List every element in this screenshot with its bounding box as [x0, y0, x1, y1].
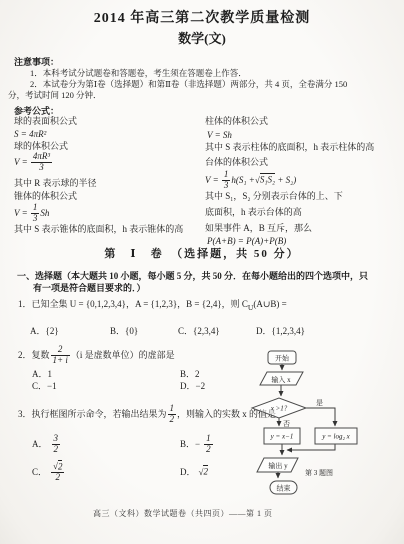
q1-option-b: B．{0} — [110, 326, 138, 337]
q2-option-b: B．2 — [180, 369, 200, 380]
q3-option-b: B．−12 — [180, 433, 214, 455]
notice-item-2-cont: 分，考试时间 120 分钟． — [8, 90, 102, 100]
question-2-stem: 2．复数21+ i（i 是虚数单位）的虚部是 — [18, 343, 175, 367]
q1-option-c: C．{2,3,4} — [178, 326, 220, 337]
sphere-radius-note: 其中 R 表示球的半径 — [14, 178, 97, 189]
fraction: 4πR³3 — [31, 152, 52, 172]
probability-formula: P(A+B) = P(A)+P(B) — [207, 236, 286, 247]
frustum-volume-label: 台体的体积公式 — [205, 157, 268, 168]
notice-heading: 注意事项： — [14, 57, 59, 68]
radical: √2 — [53, 460, 62, 472]
formula-mid: h(S₁ + — [231, 175, 254, 186]
frustum-note-1: 其中 S₁，S₂ 分别表示台体的上、下 — [205, 191, 343, 202]
fraction: 32 — [52, 434, 61, 454]
formula-lhs: V = — [14, 157, 28, 168]
assign-left-label: y = x−1 — [270, 433, 294, 441]
exam-title: 2014 年高三第二次教学质量检测 — [0, 11, 404, 28]
cylinder-volume-label: 柱体的体积公式 — [205, 116, 268, 127]
q2-option-c: C．−1 — [32, 381, 57, 392]
sphere-surface-formula: S = 4πR² — [14, 129, 46, 140]
sphere-surface-label: 球的表面积公式 — [14, 116, 77, 127]
question-3-stem: 3．执行框图所示命令，若输出结果为12，则输入的实数 x 的值是 — [18, 402, 276, 426]
formula-lhs: V = — [205, 175, 219, 186]
arrow-decision-yes — [306, 408, 335, 426]
fraction: 12 — [204, 434, 213, 454]
q2-option-a: A．1 — [32, 369, 52, 380]
exam-paper-page: 2014 年高三第二次教学质量检测 数学(文) 注意事项： 1．本科考试分试题卷… — [0, 0, 404, 544]
question-1-stem: 1．已知全集 U = {0,1,2,3,4}，A = {1,2,3}，B = {… — [18, 299, 287, 312]
fraction: 12 — [168, 404, 177, 424]
sphere-volume-formula: V = 4πR³3 — [14, 151, 53, 173]
q2-option-d: D．−2 — [180, 381, 205, 392]
formula-lhs: V = — [14, 208, 28, 219]
fraction: 13 — [31, 203, 40, 223]
fraction: 21+ i — [51, 345, 70, 365]
start-label: 开始 — [275, 354, 290, 363]
end-label: 结束 — [277, 484, 291, 493]
page-footer: 高三（文科）数学试题卷（共四页）——第 1 页 — [93, 509, 273, 519]
cone-volume-label: 锥体的体积公式 — [14, 191, 77, 202]
cylinder-note: 其中 S 表示柱体的底面积，h 表示柱体的高 — [205, 142, 374, 153]
radical: √S₁S₂ — [255, 175, 275, 186]
no-label: 否 — [283, 420, 290, 428]
arrow-merge-left — [287, 444, 335, 450]
notice-item-1: 1．本科考试分试题卷和答题卷，考生须在答题卷上作答． — [30, 68, 247, 78]
q3-option-d: D．√2 — [180, 461, 208, 483]
fraction: √22 — [51, 462, 64, 482]
decision-label: x >1? — [270, 405, 288, 413]
assign-right-label: y = log₂ x — [321, 433, 350, 441]
fraction: 13 — [222, 170, 231, 190]
exam-subtitle: 数学(文) — [0, 31, 404, 47]
mc-intro-line-1: 一、选择题（本大题共 10 小题，每小题 5 分，共 50 分．在每小题给出的四… — [17, 271, 368, 282]
section-1-heading: 第 Ⅰ 卷 （选择题，共 50 分） — [0, 248, 404, 261]
flowchart-caption: 第 3 题图 — [305, 468, 333, 477]
q1-option-d: D．{1,2,3,4} — [256, 326, 305, 337]
q3-option-a: A．32 — [32, 433, 61, 455]
q3-flowchart: 开始 输入 x x >1? 是 否 y = x−1 y = log₂ x 输出 … — [245, 345, 404, 500]
frustum-note-2: 底面积，h 表示台体的高 — [205, 207, 302, 218]
mc-intro-line-2: 有一项是符合题目要求的．） — [33, 283, 146, 294]
formula-rhs: Sh — [40, 208, 49, 219]
frustum-volume-formula: V = 13h(S₁ +√S₁S₂ + S₂) — [205, 169, 296, 191]
formula-end: + S₂) — [277, 175, 296, 186]
radical: √2 — [199, 467, 208, 478]
input-label: 输入 x — [271, 375, 291, 384]
notice-item-2: 2．本试卷分为第Ⅰ卷（选择题）和第Ⅱ卷（非选择题）两部分，共 4 页，全卷满分 … — [30, 79, 347, 89]
q1-option-a: A．{2} — [30, 326, 59, 337]
cylinder-volume-formula: V = Sh — [207, 130, 232, 141]
yes-label: 是 — [316, 398, 323, 407]
probability-note: 如果事件 A，B 互斥，那么 — [205, 223, 312, 234]
cone-note: 其中 S 表示锥体的底面积，h 表示锥体的高 — [14, 224, 183, 235]
output-label: 输出 y — [268, 461, 288, 470]
q3-option-c: C．√22 — [32, 461, 65, 483]
cone-volume-formula: V = 13Sh — [14, 202, 49, 224]
